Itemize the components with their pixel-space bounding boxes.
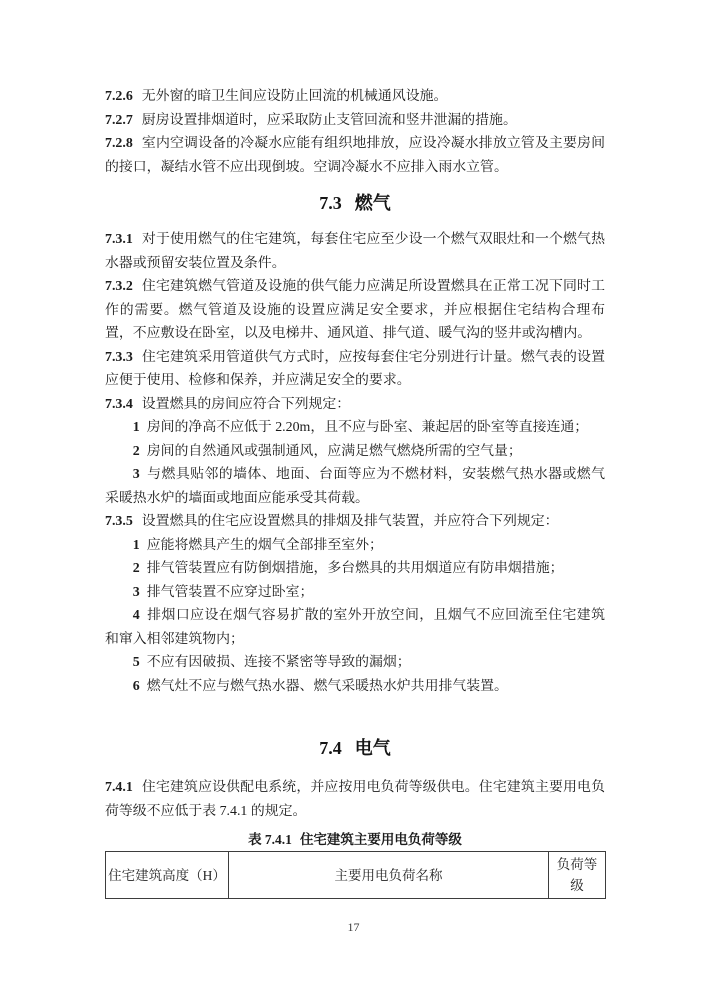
- clause-number: 7.2.8: [105, 136, 133, 151]
- clause-text: 住宅建筑燃气管道及设施的供气能力应满足所设置燃具在正常工况下同时工作的需要。燃气…: [105, 279, 605, 341]
- section-number: 7.3: [319, 193, 342, 213]
- clause-7-3-1: 7.3.1对于使用燃气的住宅建筑，每套住宅应至少设一个燃气双眼灶和一个燃气热水器…: [105, 228, 605, 275]
- table-caption: 表 7.4.1住宅建筑主要用电负荷等级: [105, 828, 605, 848]
- table-caption-label: 表 7.4.1: [248, 832, 292, 847]
- clause-7-3-3: 7.3.3住宅建筑采用管道供气方式时，应按每套住宅分别进行计量。燃气表的设置应便…: [105, 346, 605, 393]
- list-item-text: 排气管装置不应穿过卧室；: [147, 585, 314, 600]
- list-item-number: 4: [133, 608, 140, 623]
- list-item-text: 燃气灶不应与燃气热水器、燃气采暖热水炉共用排气装置。: [147, 679, 508, 694]
- document-page: 7.2.6无外窗的暗卫生间应设防止回流的机械通风设施。 7.2.7厨房设置排烟道…: [0, 0, 707, 1000]
- list-item-number: 3: [133, 467, 140, 482]
- page-number: 17: [0, 920, 707, 935]
- list-item-number: 2: [133, 561, 140, 576]
- clause-7-4-1: 7.4.1住宅建筑应设供配电系统，并应按用电负荷等级供电。住宅建筑主要用电负荷等…: [105, 776, 605, 823]
- list-item-number: 6: [133, 679, 140, 694]
- list-item: 2房间的自然通风或强制通风，应满足燃气燃烧所需的空气量；: [105, 440, 605, 464]
- list-item: 3与燃具贴邻的墙体、地面、台面等应为不燃材料，安装燃气热水器或燃气采暖热水炉的墙…: [105, 463, 605, 510]
- list-item-number: 2: [133, 444, 140, 459]
- clause-7-3-4: 7.3.4设置燃具的房间应符合下列规定：: [105, 393, 605, 417]
- clause-7-3-2: 7.3.2住宅建筑燃气管道及设施的供气能力应满足所设置燃具在正常工况下同时工作的…: [105, 275, 605, 346]
- list-item-number: 1: [133, 538, 140, 553]
- clause-number: 7.3.4: [105, 397, 133, 412]
- table-caption-title: 住宅建筑主要用电负荷等级: [300, 832, 462, 847]
- clause-text: 住宅建筑应设供配电系统，并应按用电负荷等级供电。住宅建筑主要用电负荷等级不应低于…: [105, 780, 605, 819]
- clause-text: 室内空调设备的冷凝水应能有组织地排放，应设冷凝水排放立管及主要房间的接口，凝结水…: [105, 136, 605, 175]
- clause-number: 7.3.2: [105, 279, 133, 294]
- table-header-building-height: 住宅建筑高度（H）: [106, 852, 229, 899]
- list-item-text: 房间的净高不应低于 2.20m，且不应与卧室、兼起居的卧室等直接连通；: [147, 420, 588, 435]
- list-item: 2排气管装置应有防倒烟措施，多台燃具的共用烟道应有防串烟措施；: [105, 557, 605, 581]
- list-item: 1应能将燃具产生的烟气全部排至室外；: [105, 534, 605, 558]
- clause-text: 无外窗的暗卫生间应设防止回流的机械通风设施。: [142, 89, 448, 104]
- list-item-text: 与燃具贴邻的墙体、地面、台面等应为不燃材料，安装燃气热水器或燃气采暖热水炉的墙面…: [105, 467, 605, 506]
- clause-text: 住宅建筑采用管道供气方式时，应按每套住宅分别进行计量。燃气表的设置应便于使用、检…: [105, 350, 605, 389]
- clause-text: 厨房设置排烟道时，应采取防止支管回流和竖井泄漏的措施。: [142, 113, 517, 128]
- clause-text: 对于使用燃气的住宅建筑，每套住宅应至少设一个燃气双眼灶和一个燃气热水器或预留安装…: [105, 232, 605, 271]
- clause-7-3-5: 7.3.5设置燃具的住宅应设置燃具的排烟及排气装置，并应符合下列规定：: [105, 510, 605, 534]
- list-item: 6燃气灶不应与燃气热水器、燃气采暖热水炉共用排气装置。: [105, 675, 605, 699]
- section-heading-electric: 7.4电气: [105, 734, 605, 760]
- section-title: 燃气: [355, 193, 391, 213]
- list-item: 3排气管装置不应穿过卧室；: [105, 581, 605, 605]
- list-item: 4排烟口应设在烟气容易扩散的室外开放空间，且烟气不应回流至住宅建筑和窜入相邻建筑…: [105, 604, 605, 651]
- list-item-number: 5: [133, 655, 140, 670]
- section-number: 7.4: [319, 738, 342, 758]
- list-item: 5不应有因破损、连接不紧密等导致的漏烟；: [105, 651, 605, 675]
- list-item-number: 3: [133, 585, 140, 600]
- clause-number: 7.3.1: [105, 232, 133, 247]
- clause-7-2-8: 7.2.8室内空调设备的冷凝水应能有组织地排放，应设冷凝水排放立管及主要房间的接…: [105, 132, 605, 179]
- load-grade-table: 住宅建筑高度（H） 主要用电负荷名称 负荷等级: [105, 851, 606, 899]
- list-item-text: 应能将燃具产生的烟气全部排至室外；: [147, 538, 383, 553]
- clause-text: 设置燃具的住宅应设置燃具的排烟及排气装置，并应符合下列规定：: [142, 514, 559, 529]
- clause-number: 7.3.3: [105, 350, 133, 365]
- list-item-text: 排气管装置应有防倒烟措施，多台燃具的共用烟道应有防串烟措施；: [147, 561, 564, 576]
- table-header-row: 住宅建筑高度（H） 主要用电负荷名称 负荷等级: [106, 852, 606, 899]
- table-header-load-name: 主要用电负荷名称: [229, 852, 549, 899]
- clause-number: 7.2.6: [105, 89, 133, 104]
- clause-7-2-7: 7.2.7厨房设置排烟道时，应采取防止支管回流和竖井泄漏的措施。: [105, 109, 605, 133]
- clause-7-2-6: 7.2.6无外窗的暗卫生间应设防止回流的机械通风设施。: [105, 85, 605, 109]
- section-title: 电气: [355, 738, 391, 758]
- clause-number: 7.4.1: [105, 780, 133, 795]
- list-item-text: 排烟口应设在烟气容易扩散的室外开放空间，且烟气不应回流至住宅建筑和窜入相邻建筑物…: [105, 608, 605, 647]
- list-item: 1房间的净高不应低于 2.20m，且不应与卧室、兼起居的卧室等直接连通；: [105, 416, 605, 440]
- clause-number: 7.2.7: [105, 113, 133, 128]
- list-item-text: 不应有因破损、连接不紧密等导致的漏烟；: [147, 655, 411, 670]
- list-item-number: 1: [133, 420, 140, 435]
- table-header-load-grade: 负荷等级: [549, 852, 606, 899]
- clause-number: 7.3.5: [105, 514, 133, 529]
- list-item-text: 房间的自然通风或强制通风，应满足燃气燃烧所需的空气量；: [147, 444, 522, 459]
- clause-text: 设置燃具的房间应符合下列规定：: [142, 397, 350, 412]
- section-heading-gas: 7.3燃气: [105, 189, 605, 215]
